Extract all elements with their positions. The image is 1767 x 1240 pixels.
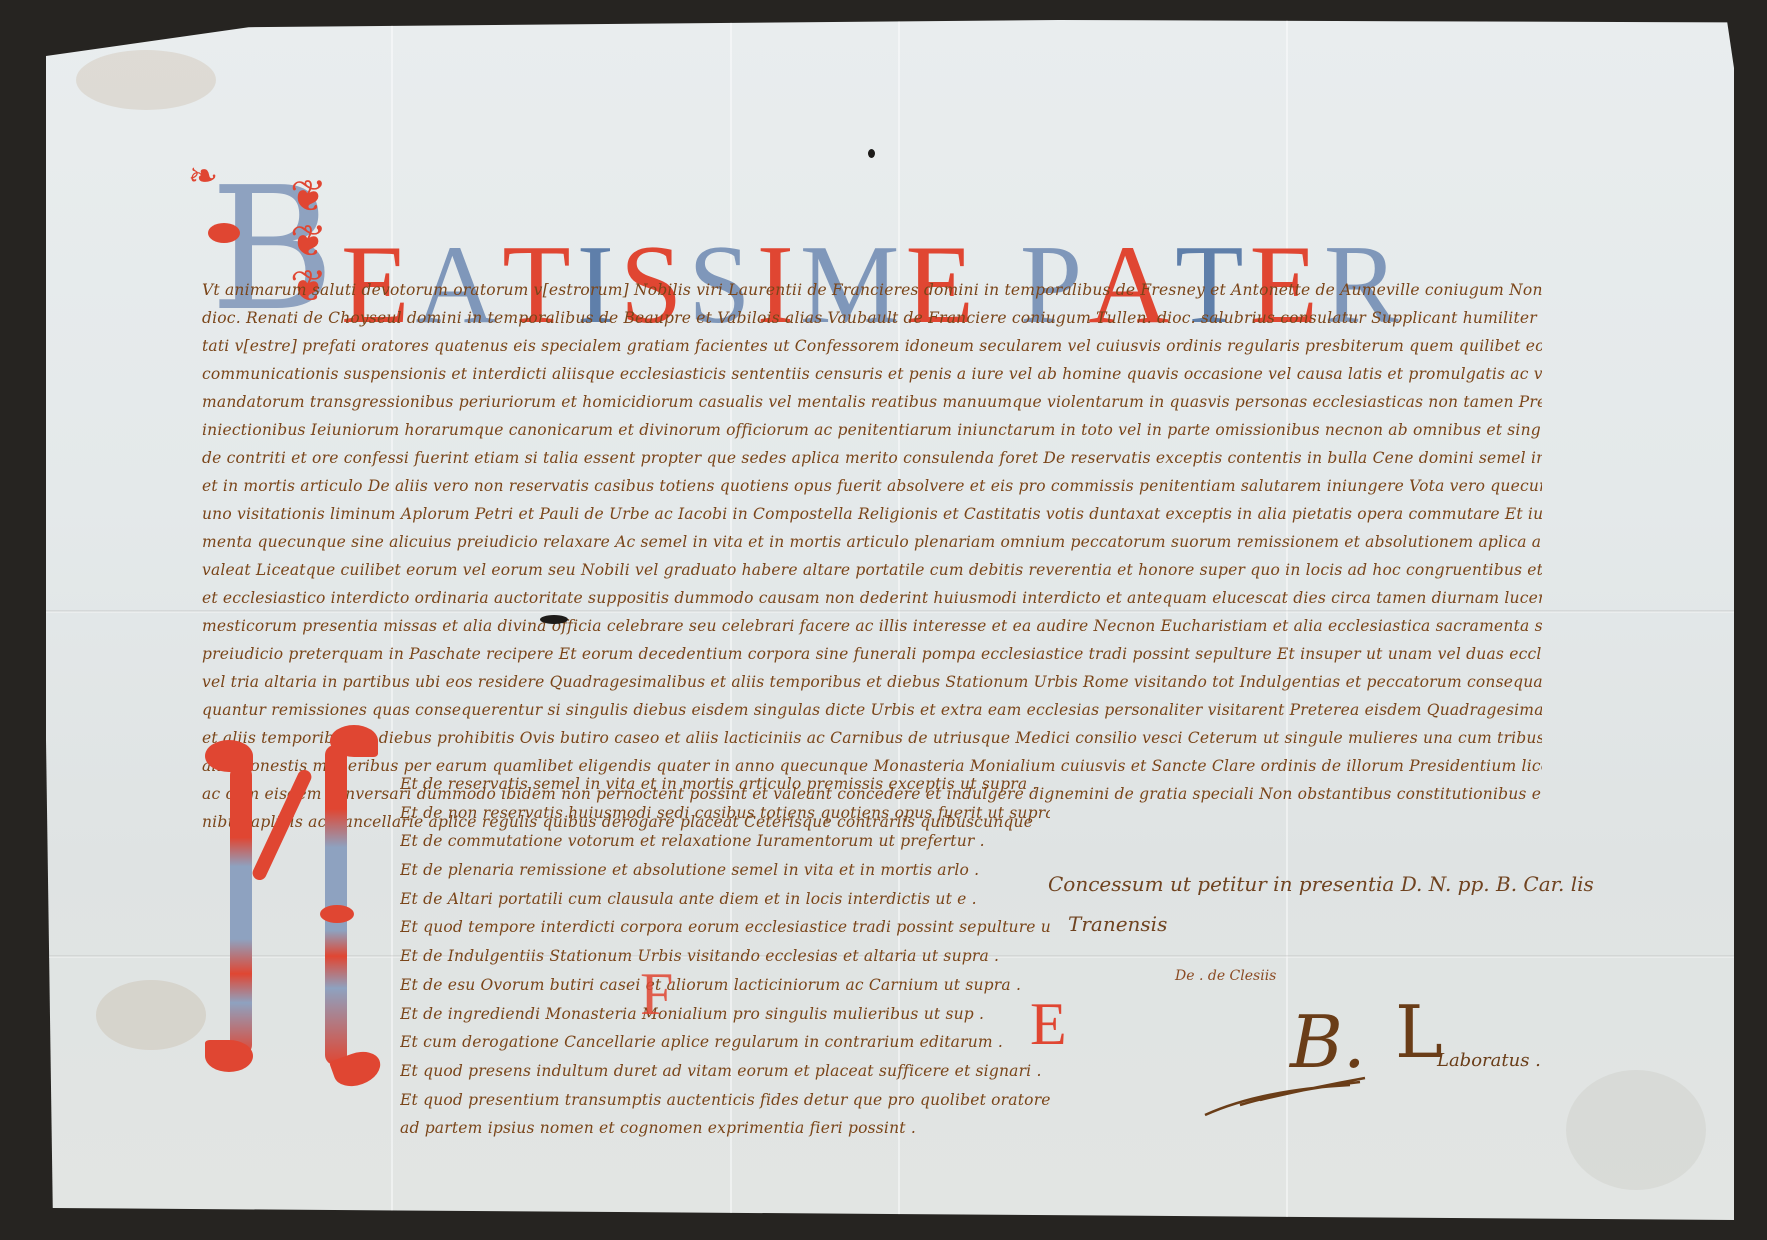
text-line: communicationis suspensionis et interdic… <box>202 360 1542 388</box>
clause-line: Et de reservatis semel in vita et in mor… <box>400 770 1050 799</box>
clause-line: Et de commutatione votorum et relaxation… <box>400 827 1050 856</box>
initial-knot-ornament <box>208 223 240 243</box>
clause-line: Et de Indulgentiis Stationum Urbis visit… <box>400 942 1050 971</box>
initial-hook-ornament <box>205 1040 253 1072</box>
text-line: tati v[estre] prefati oratores quatenus … <box>202 332 1542 360</box>
text-line: mesticorum presentia missas et alia divi… <box>202 612 1542 640</box>
text-line: preiudicio preterquam in Paschate recipe… <box>202 640 1542 668</box>
clause-line: Et de plenaria remissione et absolutione… <box>400 856 1050 885</box>
signature-mark: L <box>1395 990 1443 1074</box>
text-line: et aliis temporibus et diebus prohibitis… <box>202 724 1542 752</box>
concession-note-line-1: Concessum ut petitur in presentia D. N. … <box>1048 872 1594 896</box>
signature-flourish <box>1200 1060 1400 1120</box>
text-line: dioc. Renati de Choyseul domini in tempo… <box>202 304 1542 332</box>
signature-name: Laboratus . <box>1437 1050 1541 1071</box>
stain <box>96 980 206 1050</box>
flourish-ornament: ❦ <box>290 175 327 219</box>
supplication-text: Vt animarum saluti devotorum oratorum v[… <box>202 276 1542 836</box>
red-rubric-mark: F <box>640 960 673 1029</box>
clause-line: Et quod tempore interdicti corpora eorum… <box>400 913 1050 942</box>
stain <box>76 50 216 110</box>
text-line: mandatorum transgressionibus periuriorum… <box>202 388 1542 416</box>
clause-line: Et cum derogatione Cancellarie aplice re… <box>400 1028 1050 1057</box>
registrar-note: De . de Clesiis <box>1175 968 1276 984</box>
clause-line: Et quod presens indultum duret ad vitam … <box>400 1057 1050 1086</box>
initial-stroke <box>250 768 313 883</box>
text-line: et ecclesiastico interdicto ordinaria au… <box>202 584 1542 612</box>
initial-hook-ornament <box>205 740 253 772</box>
flourish-ornament: ❧ <box>188 155 218 199</box>
clause-line: Et de esu Ovorum butiri casei et aliorum… <box>400 971 1050 1000</box>
text-line: uno visitationis liminum Aplorum Petri e… <box>202 500 1542 528</box>
clauses-list: Et de reservatis semel in vita et in mor… <box>400 770 1050 1143</box>
clause-line: Et quod presentium transumptis auctentic… <box>400 1086 1050 1115</box>
clause-line: ad partem ipsius nomen et cognomen expri… <box>400 1114 1050 1143</box>
text-line: quantur remissiones quas consequerentur … <box>202 696 1542 724</box>
text-line: vel tria altaria in partibus ubi eos res… <box>202 668 1542 696</box>
text-line: et in mortis articulo De aliis vero non … <box>202 472 1542 500</box>
initial-stem <box>230 765 252 1055</box>
text-line: Vt animarum saluti devotorum oratorum v[… <box>202 276 1542 304</box>
text-line: menta quecunque sine alicuius preiudicio… <box>202 528 1542 556</box>
text-line: de contriti et ore confessi fuerint etia… <box>202 444 1542 472</box>
stain <box>1566 1070 1706 1190</box>
initial-knot-ornament <box>320 905 354 923</box>
red-rubric-e: E <box>1030 990 1067 1059</box>
initial-hook-ornament <box>330 725 378 757</box>
pin-hole <box>868 149 875 158</box>
flourish-ornament: ❦ <box>290 220 327 264</box>
clause-line: Et de non reservatis huiusmodi sedi casi… <box>400 799 1050 828</box>
decorated-initial-m <box>205 735 390 1080</box>
concession-note-line-2: Tranensis <box>1068 912 1167 936</box>
text-line: iniectionibus Ieiuniorum horarumque cano… <box>202 416 1542 444</box>
text-line: valeat Liceatque cuilibet eorum vel eoru… <box>202 556 1542 584</box>
ink-blot <box>540 615 568 624</box>
clause-line: Et de ingrediendi Monasteria Monialium p… <box>400 1000 1050 1029</box>
curled-corner <box>46 20 216 48</box>
clause-line: Et de Altari portatili cum clausula ante… <box>400 885 1050 914</box>
